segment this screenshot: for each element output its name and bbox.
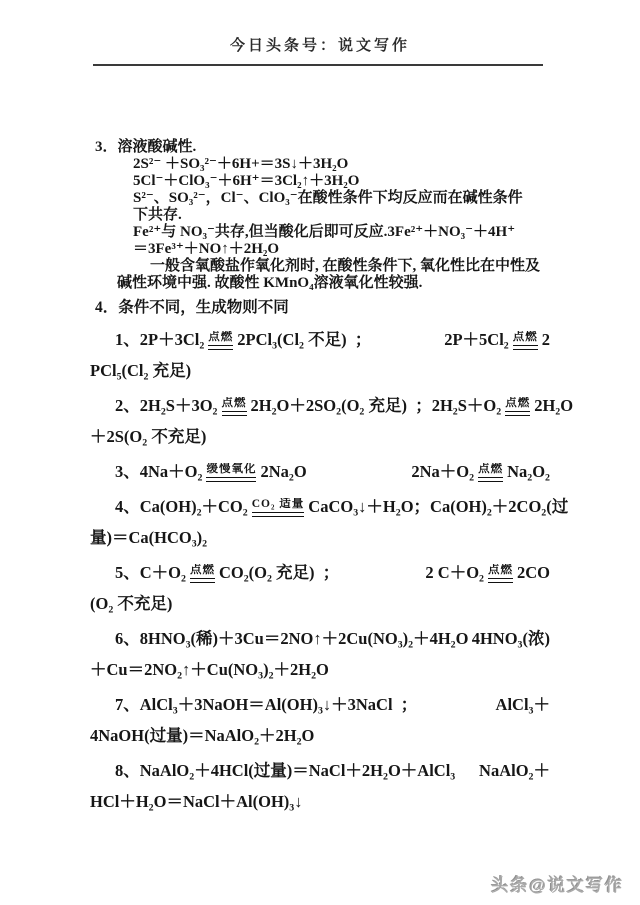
double-equals-line [208, 345, 233, 350]
equation-segment: Ca(OH)₂＋2CO₂(过 [430, 491, 568, 522]
equation-segment: 4、Ca(OH)₂＋CO₂CO₂ 适量CaCO₃↓＋H₂O [115, 491, 414, 522]
text-line: 一般含氧酸盐作氧化剂时, 在酸性条件下, 氧化性比在中性及 [90, 258, 550, 275]
double-equals-line [478, 477, 503, 482]
equation-line: 6、8HNO₃(稀)＋3Cu＝2NO↑＋2Cu(NO₃)₂＋4H₂O4HNO₃(… [90, 623, 550, 654]
header-divider [93, 64, 543, 66]
equation-line: 5、C＋O₂点燃CO₂(O₂ 充足) ；2 C＋O₂点燃2CO [90, 557, 550, 588]
reaction-condition: 点燃 [206, 331, 235, 350]
equation-line: 4NaOH(过量)＝NaAlO₂＋2H₂O [90, 720, 550, 751]
double-equals-line [252, 512, 305, 517]
equation-segment: 8、NaAlO₂＋4HCl(过量)＝NaCl＋2H₂O＋AlCl₃ [115, 755, 455, 786]
equation-line: (O₂ 不充足) [90, 588, 550, 619]
equation-segment: 2P＋5Cl₂点燃2 [444, 324, 550, 355]
double-equals-line [190, 578, 215, 583]
double-equals-line [206, 477, 256, 482]
equation-segment: 1、2P＋3Cl₂点燃2PCl₃(Cl₂ 不足) ； [115, 324, 371, 355]
text-line: 5Cl⁻＋ClO₃⁻＋6H⁺＝3Cl₂↑＋3H₂O [90, 173, 550, 190]
equation-segment: 2Na＋O₂点燃Na₂O₂ [411, 456, 550, 487]
equation-segment: 6、8HNO₃(稀)＋3Cu＝2NO↑＋2Cu(NO₃)₂＋4H₂O [115, 623, 468, 654]
text-line: 3．溶液酸碱性. [90, 139, 550, 156]
equation-segment: 3、4Na＋O₂缓慢氧化2Na₂O [115, 456, 307, 487]
reaction-condition: 缓慢氧化 [204, 463, 258, 482]
equation-line: ＋2S(O₂ 不充足) [90, 421, 550, 452]
equation-segment: 5、C＋O₂点燃CO₂(O₂ 充足) ； [115, 557, 339, 588]
equation-segment: ； [414, 491, 431, 522]
double-equals-line [222, 411, 247, 416]
equation-line: 1、2P＋3Cl₂点燃2PCl₃(Cl₂ 不足) ；2P＋5Cl₂点燃2 [90, 324, 550, 355]
text-line: Fe²⁺与 NO₃⁻共存,但当酸化后即可反应.3Fe²⁺＋NO₃⁻＋4H⁺ [90, 224, 550, 241]
equation-line: 4、Ca(OH)₂＋CO₂CO₂ 适量CaCO₃↓＋H₂O；Ca(OH)₂＋2C… [90, 491, 550, 522]
equation-line: 8、NaAlO₂＋4HCl(过量)＝NaCl＋2H₂O＋AlCl₃NaAlO₂＋ [90, 755, 550, 786]
text-line: 4．条件不同，生成物则不同 [90, 299, 550, 317]
equation-line: 7、AlCl₃＋3NaOH＝Al(OH)₃↓＋3NaCl ；AlCl₃＋ [90, 689, 550, 720]
text-line: 下共存. [90, 207, 550, 224]
reaction-condition: 点燃 [188, 564, 217, 583]
reaction-condition: 点燃 [511, 331, 540, 350]
document-body: 3．溶液酸碱性.2S²⁻ ＋SO₃²⁻＋6H+＝3S↓＋3H₂O5Cl⁻＋ClO… [90, 139, 550, 817]
text-line: ＝3Fe³⁺＋NO↑＋2H₂O [90, 241, 550, 258]
footer-watermark: 头条@说文写作 [491, 871, 624, 896]
equation-line: 2、2H₂S＋3O₂点燃2H₂O＋2SO₂(O₂ 充足) ；2H₂S＋O₂点燃2… [90, 390, 550, 421]
text-line: 碱性环境中强. 故酸性 KMnO₄溶液氧化性较强. [90, 275, 550, 292]
equation-line: HCl＋H₂O＝NaCl＋Al(OH)₃↓ [90, 786, 550, 817]
text-line: 2S²⁻ ＋SO₃²⁻＋6H+＝3S↓＋3H₂O [90, 156, 550, 173]
reaction-condition: 点燃 [503, 397, 532, 416]
equation-segment: 7、AlCl₃＋3NaOH＝Al(OH)₃↓＋3NaCl ； [115, 689, 417, 720]
equation-segment: 2 C＋O₂点燃2CO [425, 557, 550, 588]
reaction-condition: 点燃 [486, 564, 515, 583]
equation-line: 3、4Na＋O₂缓慢氧化2Na₂O2Na＋O₂点燃Na₂O₂ [90, 456, 550, 487]
equation-line: 量)＝Ca(HCO₃)₂ [90, 522, 550, 553]
equation-segment: NaAlO₂＋ [479, 755, 550, 786]
double-equals-line [488, 578, 513, 583]
reaction-condition: CO₂ 适量 [250, 498, 307, 517]
double-equals-line [513, 345, 538, 350]
equation-segment: 2H₂S＋O₂点燃2H₂O [432, 390, 573, 421]
equation-segment: AlCl₃＋ [496, 689, 550, 720]
reaction-condition: 点燃 [220, 397, 249, 416]
equation-segment: 4HNO₃(浓) [472, 623, 550, 654]
reaction-condition: 点燃 [476, 463, 505, 482]
equation-segment: 2、2H₂S＋3O₂点燃2H₂O＋2SO₂(O₂ 充足) ； [115, 390, 432, 421]
page-header-title: 今日头条号：说文写作 [0, 34, 640, 55]
equation-line: PCl₅(Cl₂ 充足) [90, 355, 550, 386]
equation-line: ＋Cu＝2NO₂↑＋Cu(NO₃)₂＋2H₂O [90, 654, 550, 685]
double-equals-line [505, 411, 530, 416]
text-line: S²⁻、SO₃²⁻，Cl⁻、ClO₃⁻在酸性条件下均反应而在碱性条件 [90, 190, 550, 207]
